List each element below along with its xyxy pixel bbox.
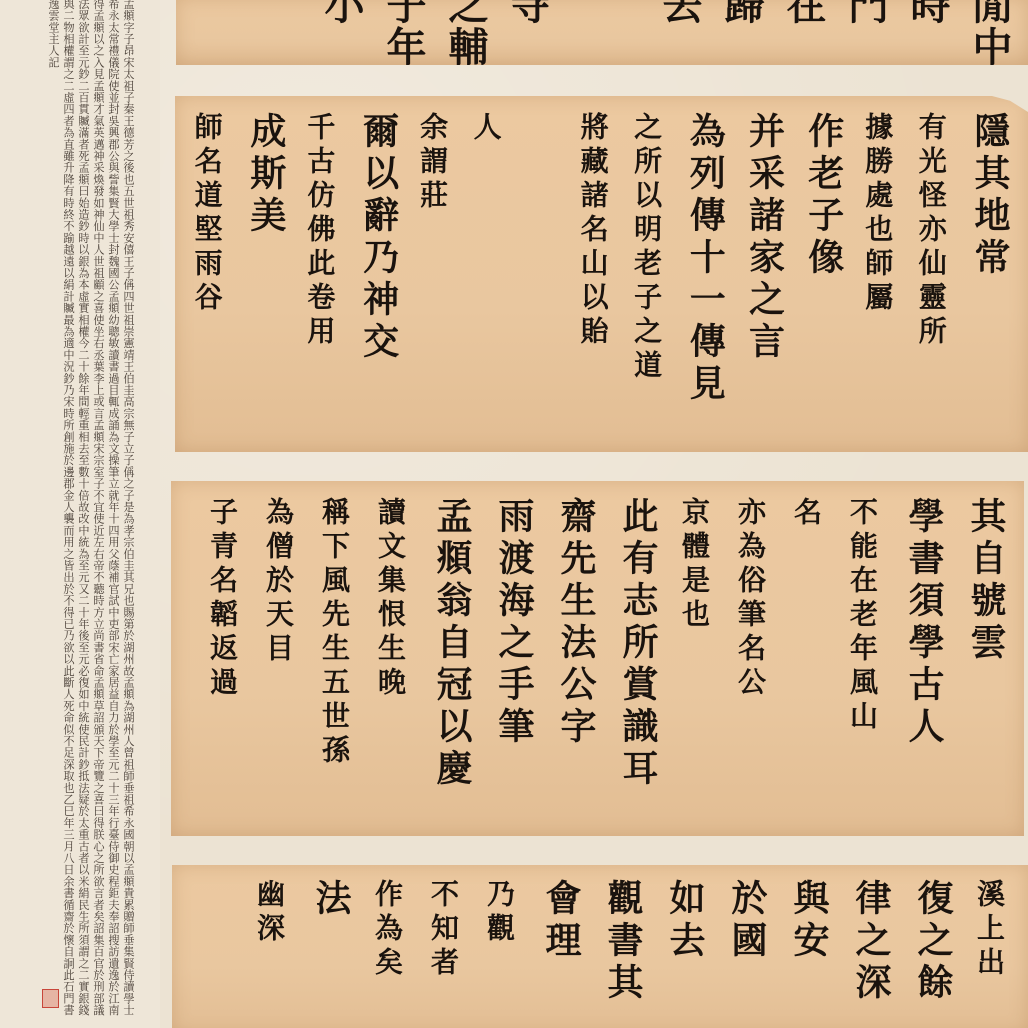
calligraphy-column: 其自號雲 — [954, 481, 1016, 836]
calligraphy-column: 師名道堅雨谷 — [183, 96, 237, 452]
calligraphy-column: 學書須學古人 — [892, 481, 954, 836]
calligraphy-column — [558, 0, 648, 65]
calligraphy-column: 不知者 — [418, 865, 474, 1028]
calligraphy-column: 隱其地常 — [961, 96, 1020, 452]
calligraphy-strip-2: 隱其地常 有光怪亦仙靈所 據勝處也師屬 作老子像 并采諸家之言 為列傳十一傳見 … — [175, 96, 1028, 452]
red-seal-icon — [42, 989, 59, 1008]
calligraphy-column: 人 — [462, 96, 516, 452]
scroll-page: 孟頫字子昂宋太祖子秦王德芳之後也五世祖秀安僖王子偁四世祖崇憲靖王伯圭高宗無子立子… — [0, 0, 1028, 1028]
calligraphy-column: 子年 — [372, 0, 434, 65]
calligraphy-column: 復之餘 — [902, 865, 964, 1028]
calligraphy-column: 小 — [310, 0, 372, 65]
calligraphy-column: 爾以辭乃神交 — [349, 96, 408, 452]
calligraphy-column: 與安 — [778, 865, 840, 1028]
calligraphy-column: 寺 — [496, 0, 558, 65]
calligraphy-column: 去 — [648, 0, 710, 65]
calligraphy-column: 法 — [300, 865, 362, 1028]
calligraphy-column: 雨渡海之手筆 — [482, 481, 544, 836]
calligraphy-column: 并采諸家之言 — [735, 96, 794, 452]
calligraphy-column: 余謂莊 — [409, 96, 463, 452]
calligraphy-column: 千古仿佛此卷用 — [296, 96, 350, 452]
calligraphy-column: 門 — [834, 0, 896, 65]
calligraphy-strip-3: 其自號雲 學書須學古人 不能在老年風山 名 亦為俗筆名公 京體是也 此有志所賞識… — [171, 481, 1024, 836]
calligraphy-column: 成斯美 — [237, 96, 296, 452]
calligraphy-column: 有光怪亦仙靈所 — [907, 96, 961, 452]
calligraphy-column: 之所以明老子之道 — [623, 96, 677, 452]
calligraphy-column: 如去 — [654, 865, 716, 1028]
calligraphy-column: 觀書其 — [592, 865, 654, 1028]
calligraphy-column: 時 — [896, 0, 958, 65]
calligraphy-column: 京體是也 — [668, 481, 724, 836]
calligraphy-column: 孟頫翁自冠以慶 — [420, 481, 482, 836]
calligraphy-column: 亦為俗筆名公 — [724, 481, 780, 836]
calligraphy-column: 稱下風先生五世孫 — [308, 481, 364, 836]
calligraphy-column: 乃觀 — [474, 865, 530, 1028]
calligraphy-column: 為僧於天目 — [252, 481, 308, 836]
calligraphy-strip-1: 閒中 時 門 在 歸 去 寺 之輔 子年 小 — [176, 0, 1028, 65]
calligraphy-column: 齋先生法公字 — [544, 481, 606, 836]
calligraphy-column: 溪上出 — [964, 865, 1020, 1028]
calligraphy-column: 之輔 — [434, 0, 496, 65]
calligraphy-column: 作老子像 — [795, 96, 854, 452]
calligraphy-column: 作為矣 — [362, 865, 418, 1028]
calligraphy-column: 名 — [780, 481, 836, 836]
calligraphy-column: 為列傳十一傳見 — [676, 96, 735, 452]
calligraphy-column: 歸 — [710, 0, 772, 65]
calligraphy-column: 於國 — [716, 865, 778, 1028]
calligraphy-column: 讀文集恨生晚 — [364, 481, 420, 836]
calligraphy-column: 律之深 — [840, 865, 902, 1028]
colophon-text: 孟頫字子昂宋太祖子秦王德芳之後也五世祖秀安僖王子偁四世祖崇憲靖王伯圭高宗無子立子… — [36, 0, 136, 1018]
calligraphy-strip-4: 溪上出 復之餘 律之深 與安 於國 如去 觀書其 會理 乃觀 不知者 作為矣 法… — [172, 865, 1028, 1028]
calligraphy-column: 子青名韜返過 — [196, 481, 252, 836]
calligraphy-column: 會理 — [530, 865, 592, 1028]
calligraphy-column: 不能在老年風山 — [836, 481, 892, 836]
calligraphy-column: 據勝處也師屬 — [854, 96, 908, 452]
calligraphy-column — [516, 96, 570, 452]
calligraphy-column: 幽深 — [244, 865, 300, 1028]
calligraphy-column: 在 — [772, 0, 834, 65]
calligraphy-column: 將藏諸名山以貽 — [569, 96, 623, 452]
calligraphy-column: 閒中 — [958, 0, 1020, 65]
colophon-column: 孟頫字子昂宋太祖子秦王德芳之後也五世祖秀安僖王子偁四世祖崇憲靖王伯圭高宗無子立子… — [0, 0, 160, 1028]
calligraphy-column: 此有志所賞識耳 — [606, 481, 668, 836]
